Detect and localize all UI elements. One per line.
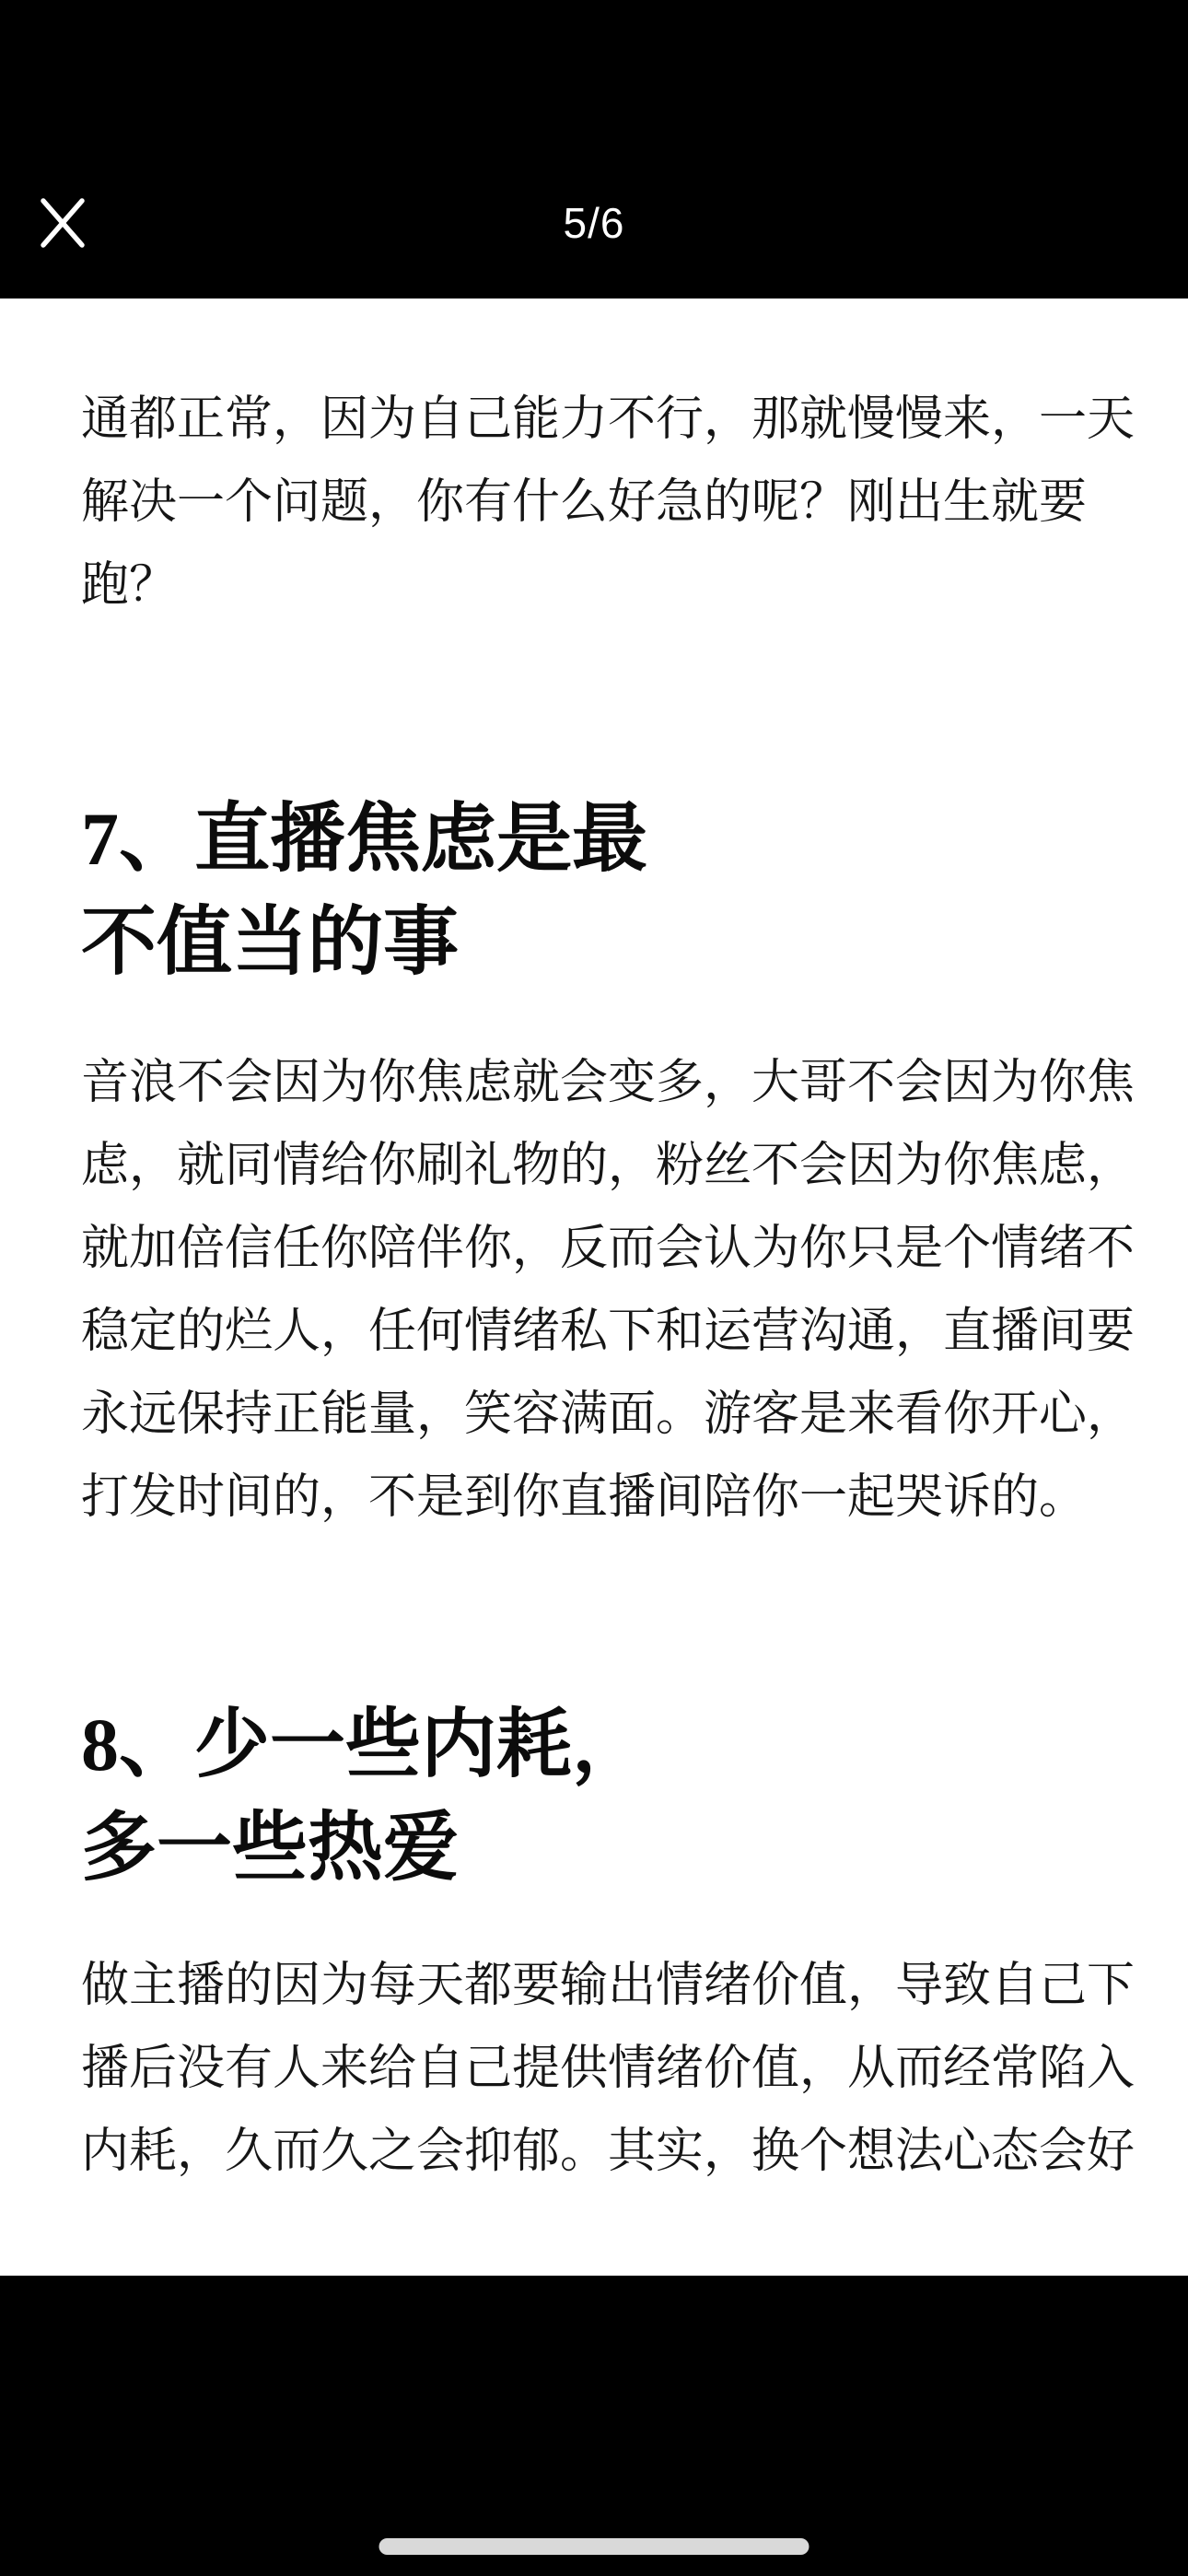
viewer-top-bar-row: 5/6 <box>0 171 1188 275</box>
heading-line: 7、直播焦虑是最 <box>81 788 1107 891</box>
section-heading-8: 8、少一些内耗， 多一些热爱 <box>81 1693 1107 1900</box>
viewer-top-bar: 5/6 <box>0 0 1188 299</box>
paragraph-continued: 通都正常，因为自己能力不行，那就慢慢来，一天 解决一个问题，你有什么好急的呢？刚… <box>81 379 1107 627</box>
paragraph-line: 就加倍信任你陪伴你，反而会认为你只是个情绪不 <box>81 1208 1107 1291</box>
paragraph-line: 做主播的因为每天都要输出情绪价值，导致自己下 <box>81 1945 1107 2028</box>
paragraph-section-7: 音浪不会因为你焦虑就会变多，大哥不会因为你焦 虑，就同情给你刷礼物的，粉丝不会因… <box>81 1042 1107 1540</box>
viewer-bottom-bar <box>0 2276 1188 2576</box>
paragraph-line: 打发时间的，不是到你直播间陪你一起哭诉的。 <box>81 1457 1107 1540</box>
paragraph-line: 音浪不会因为你焦虑就会变多，大哥不会因为你焦 <box>81 1042 1107 1125</box>
section-heading-7: 7、直播焦虑是最 不值当的事 <box>81 788 1107 994</box>
paragraph-line: 虑，就同情给你刷礼物的，粉丝不会因为你焦虑， <box>81 1125 1107 1208</box>
heading-line: 多一些热爱 <box>81 1797 1107 1900</box>
paragraph-section-8: 做主播的因为每天都要输出情绪价值，导致自己下 播后没有人来给自己提供情绪价值，从… <box>81 1945 1107 2194</box>
heading-line: 8、少一些内耗， <box>81 1693 1107 1797</box>
paragraph-line: 内耗，久而久之会抑郁。其实，换个想法心态会好 <box>81 2111 1107 2194</box>
paragraph-line: 通都正常，因为自己能力不行，那就慢慢来，一天 <box>81 379 1107 462</box>
paragraph-line: 跑？ <box>81 544 1107 627</box>
home-indicator[interactable] <box>379 2538 809 2555</box>
image-viewer-screen: 5/6 通都正常，因为自己能力不行，那就慢慢来，一天 解决一个问题，你有什么好急… <box>0 0 1188 2576</box>
paragraph-line: 稳定的烂人，任何情绪私下和运营沟通，直播间要 <box>81 1291 1107 1374</box>
heading-line: 不值当的事 <box>81 891 1107 994</box>
close-icon <box>37 196 88 250</box>
paragraph-line: 解决一个问题，你有什么好急的呢？刚出生就要 <box>81 462 1107 544</box>
paragraph-line: 永远保持正能量，笑容满面。游客是来看你开心， <box>81 1374 1107 1457</box>
page-indicator: 5/6 <box>564 198 625 248</box>
close-button[interactable] <box>33 193 92 252</box>
image-content-area[interactable]: 通都正常，因为自己能力不行，那就慢慢来，一天 解决一个问题，你有什么好急的呢？刚… <box>0 299 1188 2276</box>
paragraph-line: 播后没有人来给自己提供情绪价值，从而经常陷入 <box>81 2028 1107 2111</box>
